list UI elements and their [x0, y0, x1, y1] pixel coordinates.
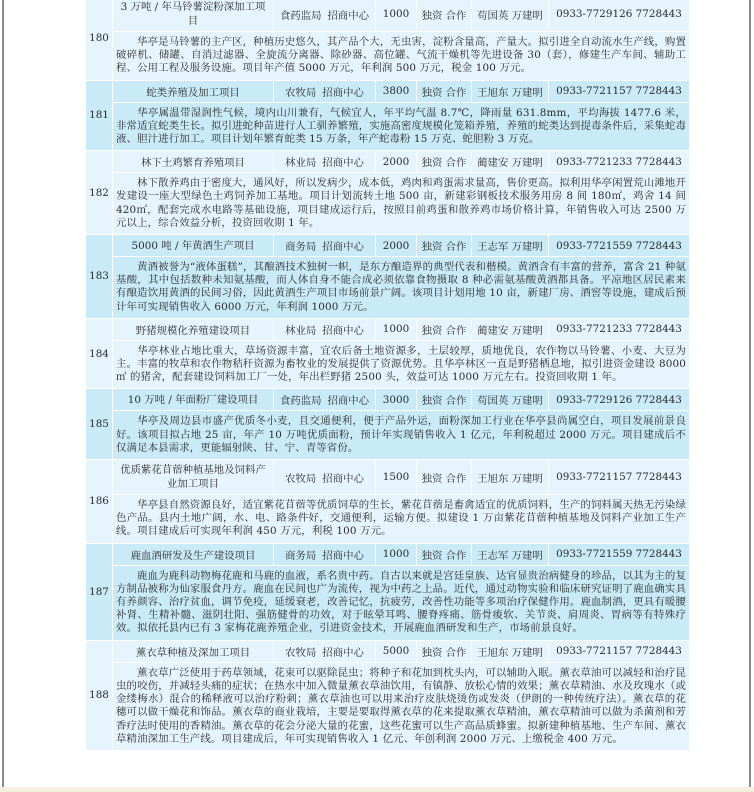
project-number: 188: [86, 640, 113, 750]
project-description-text: 华亭林业占地比重大，草场资源丰富，宜农后备土地资源多，土层较厚，质地优良，农作物…: [116, 345, 686, 383]
project-header-row: 185 10 万吨 / 年面粉厂建设项目 食药监局招商中心 3000 独资 合作…: [86, 389, 690, 411]
project-name: 鹿血酒研发及生产建设项目: [113, 543, 274, 565]
page-left-border: [2, 0, 4, 792]
project-header-row: 183 5000 吨 / 年黄酒生产项目 商务局招商中心 2000 独资 合作 …: [86, 235, 690, 257]
co-department: 招商中心: [322, 157, 364, 169]
investment-amount: 1000: [376, 0, 417, 32]
investment-amount: 3000: [376, 389, 417, 411]
project-description: 华亭属温带湿润性气候，境内山川兼有，气候宜人，年平均气温 8.7℃，降雨量 63…: [113, 102, 690, 151]
contact-persons: 苟国英 万建明: [472, 0, 549, 32]
cooperation-mode: 独资 合作: [417, 235, 472, 257]
project-description: 华亭是马铃薯的主产区，种植历史悠久，其产品个大，无虫害，淀粉含量高，产量大。拟引…: [113, 32, 690, 81]
project-description-row: 林下散养鸡由于密度大，通风好，所以发病少，成本低，鸡肉和鸡蛋需求量高，售价更高。…: [86, 173, 690, 235]
project-name: 5000 吨 / 年黄酒生产项目: [113, 235, 274, 257]
project-description: 薰衣草广泛使用于药草领域，花束可以驱除昆虫；将种子和花加到枕头内，可以辅助入眠。…: [113, 662, 690, 750]
contact-phone: 0933-7721559 7728443: [549, 235, 690, 257]
project-departments: 商务局招商中心: [274, 235, 376, 257]
project-name: 10 万吨 / 年面粉厂建设项目: [113, 389, 274, 411]
contact-persons: 蔺建安 万建明: [472, 151, 549, 173]
project-description: 黄酒被誉为“液体蛋糕”，其酿酒技术独树一帜，是东方酿造界的典型代表和楷模。黄酒含…: [113, 257, 690, 319]
contact-persons: 蔺建安 万建明: [472, 318, 549, 340]
project-departments: 食药监局招商中心: [274, 389, 376, 411]
contact-phone: 0933-7721157 7728443: [549, 80, 690, 102]
co-department: 招商中心: [322, 241, 364, 253]
contact-persons: 王旭东 万建明: [472, 640, 549, 662]
co-department: 招商中心: [328, 10, 370, 22]
project-departments: 农牧局招商中心: [274, 460, 376, 495]
lead-department: 商务局: [285, 550, 316, 562]
project-header-row: 181 蛇类养殖及加工项目 农牧局招商中心 3800 独资 合作 王旭东 万建明…: [86, 80, 690, 102]
project-name: 优质紫花苜蓿种植基地及饲料产业加工项目: [113, 460, 274, 495]
cooperation-mode: 独资 合作: [417, 0, 472, 32]
co-department: 招商中心: [322, 325, 364, 337]
lead-department: 林业局: [285, 157, 316, 169]
cooperation-mode: 独资 合作: [417, 151, 472, 173]
investment-amount: 2000: [376, 235, 417, 257]
contact-phone: 0933-7721157 7728443: [549, 640, 690, 662]
project-departments: 农牧局招商中心: [274, 640, 376, 662]
project-description-text: 华亭是马铃薯的主产区，种植历史悠久，其产品个大，无虫害，淀粉含量高，产量大。拟引…: [116, 36, 686, 74]
lead-department: 农牧局: [285, 473, 316, 485]
project-departments: 商务局招商中心: [274, 543, 376, 565]
project-name: 林下土鸡繁育养殖项目: [113, 151, 274, 173]
contact-persons: 王旭东 万建明: [472, 80, 549, 102]
investment-amount: 3800: [376, 80, 417, 102]
cooperation-mode: 独资 合作: [417, 80, 472, 102]
contact-phone: 0933-7721157 7728443: [549, 460, 690, 495]
investment-amount: 5000: [376, 640, 417, 662]
project-description-row: 华亭及周边县市盛产优质冬小麦，且交通便利，便于产品外运，面粉深加工行业在华亭县尚…: [86, 411, 690, 460]
co-department: 招商中心: [328, 395, 370, 407]
project-number: 187: [86, 543, 113, 640]
project-description-row: 黄酒被誉为“液体蛋糕”，其酿酒技术独树一帜，是东方酿造界的典型代表和楷模。黄酒含…: [86, 257, 690, 319]
contact-persons: 苟国英 万建明: [472, 389, 549, 411]
lead-department: 农牧局: [285, 87, 316, 99]
cooperation-mode: 独资 合作: [417, 543, 472, 565]
cooperation-mode: 独资 合作: [417, 640, 472, 662]
contact-persons: 王志军 万建明: [472, 543, 549, 565]
project-header-row: 180 3 万吨 / 年马铃薯淀粉深加工项目 食药监局招商中心 1000 独资 …: [86, 0, 690, 32]
project-number: 185: [86, 389, 113, 460]
project-description: 鹿血为鹿科动物梅花鹿和马鹿的血液，系名贵中药。自古以来就是宫廷皇族、达官显贵治病…: [113, 565, 690, 640]
contact-phone: 0933-7729126 7728443: [549, 389, 690, 411]
project-number: 183: [86, 235, 113, 319]
project-departments: 食药监局招商中心: [274, 0, 376, 32]
project-number: 180: [86, 0, 113, 80]
project-number: 181: [86, 80, 113, 151]
lead-department: 商务局: [285, 241, 316, 253]
project-name: 野猪规模化养殖建设项目: [113, 318, 274, 340]
page-bottom-margin: [0, 787, 754, 792]
project-description: 华亭县自然资源良好，适宜紫花苜蓿等优质饲草的生长，紫花苜蓿是畜禽适宜的优质饲料，…: [113, 495, 690, 544]
investment-projects-table: 180 3 万吨 / 年马铃薯淀粉深加工项目 食药监局招商中心 1000 独资 …: [85, 0, 690, 751]
investment-amount: 2000: [376, 151, 417, 173]
lead-department: 林业局: [285, 325, 316, 337]
project-description-row: 鹿血为鹿科动物梅花鹿和马鹿的血液，系名贵中药。自古以来就是宫廷皇族、达官显贵治病…: [86, 565, 690, 640]
project-description-row: 华亭林业占地比重大，草场资源丰富，宜农后备土地资源多，土层较厚，质地优良，农作物…: [86, 340, 690, 389]
project-header-row: 184 野猪规模化养殖建设项目 林业局招商中心 1000 独资 合作 蔺建安 万…: [86, 318, 690, 340]
investment-amount: 1500: [376, 460, 417, 495]
investment-amount: 1000: [376, 543, 417, 565]
project-description-row: 华亭是马铃薯的主产区，种植历史悠久，其产品个大，无虫害，淀粉含量高，产量大。拟引…: [86, 32, 690, 81]
project-description-text: 华亭属温带湿润性气候，境内山川兼有，气候宜人，年平均气温 8.7℃，降雨量 63…: [116, 107, 686, 145]
contact-phone: 0933-7721559 7728443: [549, 543, 690, 565]
project-header-row: 182 林下土鸡繁育养殖项目 林业局招商中心 2000 独资 合作 蔺建安 万建…: [86, 151, 690, 173]
project-description-text: 华亭及周边县市盛产优质冬小麦，且交通便利，便于产品外运，面粉深加工行业在华亭县尚…: [116, 415, 686, 453]
lead-department: 食药监局: [280, 10, 322, 22]
project-name: 蛇类养殖及加工项目: [113, 80, 274, 102]
co-department: 招商中心: [322, 87, 364, 99]
project-description-row: 华亭县自然资源良好，适宜紫花苜蓿等优质饲草的生长，紫花苜蓿是畜禽适宜的优质饲料，…: [86, 495, 690, 544]
co-department: 招商中心: [322, 647, 364, 659]
contact-persons: 王志军 万建明: [472, 235, 549, 257]
co-department: 招商中心: [322, 473, 364, 485]
co-department: 招商中心: [322, 550, 364, 562]
project-description: 华亭及周边县市盛产优质冬小麦，且交通便利，便于产品外运，面粉深加工行业在华亭县尚…: [113, 411, 690, 460]
page-right-border: [749, 0, 751, 792]
project-departments: 林业局招商中心: [274, 318, 376, 340]
project-number: 182: [86, 151, 113, 235]
lead-department: 食药监局: [280, 395, 322, 407]
project-description-text: 黄酒被誉为“液体蛋糕”，其酿酒技术独树一帜，是东方酿造界的典型代表和楷模。黄酒含…: [116, 261, 686, 313]
project-description-text: 林下散养鸡由于密度大，通风好，所以发病少，成本低，鸡肉和鸡蛋需求量高，售价更高。…: [116, 177, 686, 229]
contact-phone: 0933-7729126 7728443: [549, 0, 690, 32]
project-rows: 180 3 万吨 / 年马铃薯淀粉深加工项目 食药监局招商中心 1000 独资 …: [86, 0, 690, 750]
cooperation-mode: 独资 合作: [417, 389, 472, 411]
project-description: 林下散养鸡由于密度大，通风好，所以发病少，成本低，鸡肉和鸡蛋需求量高，售价更高。…: [113, 173, 690, 235]
project-number: 184: [86, 318, 113, 389]
project-header-row: 186 优质紫花苜蓿种植基地及饲料产业加工项目 农牧局招商中心 1500 独资 …: [86, 460, 690, 495]
contact-persons: 王旭东 万建明: [472, 460, 549, 495]
investment-amount: 1000: [376, 318, 417, 340]
project-header-row: 187 鹿血酒研发及生产建设项目 商务局招商中心 1000 独资 合作 王志军 …: [86, 543, 690, 565]
contact-phone: 0933-7721233 7728443: [549, 151, 690, 173]
project-departments: 林业局招商中心: [274, 151, 376, 173]
project-description-text: 华亭县自然资源良好，适宜紫花苜蓿等优质饲草的生长，紫花苜蓿是畜禽适宜的优质饲料，…: [116, 499, 686, 537]
contact-phone: 0933-7721233 7728443: [549, 318, 690, 340]
project-description-text: 薰衣草广泛使用于药草领域，花束可以驱除昆虫；将种子和花加到枕头内，可以辅助入眠。…: [116, 667, 686, 745]
project-description-row: 华亭属温带湿润性气候，境内山川兼有，气候宜人，年平均气温 8.7℃，降雨量 63…: [86, 102, 690, 151]
project-header-row: 188 薰衣草种植及深加工项目 农牧局招商中心 5000 独资 合作 王旭东 万…: [86, 640, 690, 662]
project-description-row: 薰衣草广泛使用于药草领域，花束可以驱除昆虫；将种子和花加到枕头内，可以辅助入眠。…: [86, 662, 690, 750]
project-description: 华亭林业占地比重大，草场资源丰富，宜农后备土地资源多，土层较厚，质地优良，农作物…: [113, 340, 690, 389]
lead-department: 农牧局: [285, 647, 316, 659]
cooperation-mode: 独资 合作: [417, 460, 472, 495]
project-number: 186: [86, 460, 113, 544]
project-name: 薰衣草种植及深加工项目: [113, 640, 274, 662]
cooperation-mode: 独资 合作: [417, 318, 472, 340]
project-departments: 农牧局招商中心: [274, 80, 376, 102]
investment-projects-table-wrap: 180 3 万吨 / 年马铃薯淀粉深加工项目 食药监局招商中心 1000 独资 …: [85, 0, 689, 751]
project-name: 3 万吨 / 年马铃薯淀粉深加工项目: [113, 0, 274, 32]
project-description-text: 鹿血为鹿科动物梅花鹿和马鹿的血液，系名贵中药。自古以来就是宫廷皇族、达官显贵治病…: [116, 570, 686, 635]
